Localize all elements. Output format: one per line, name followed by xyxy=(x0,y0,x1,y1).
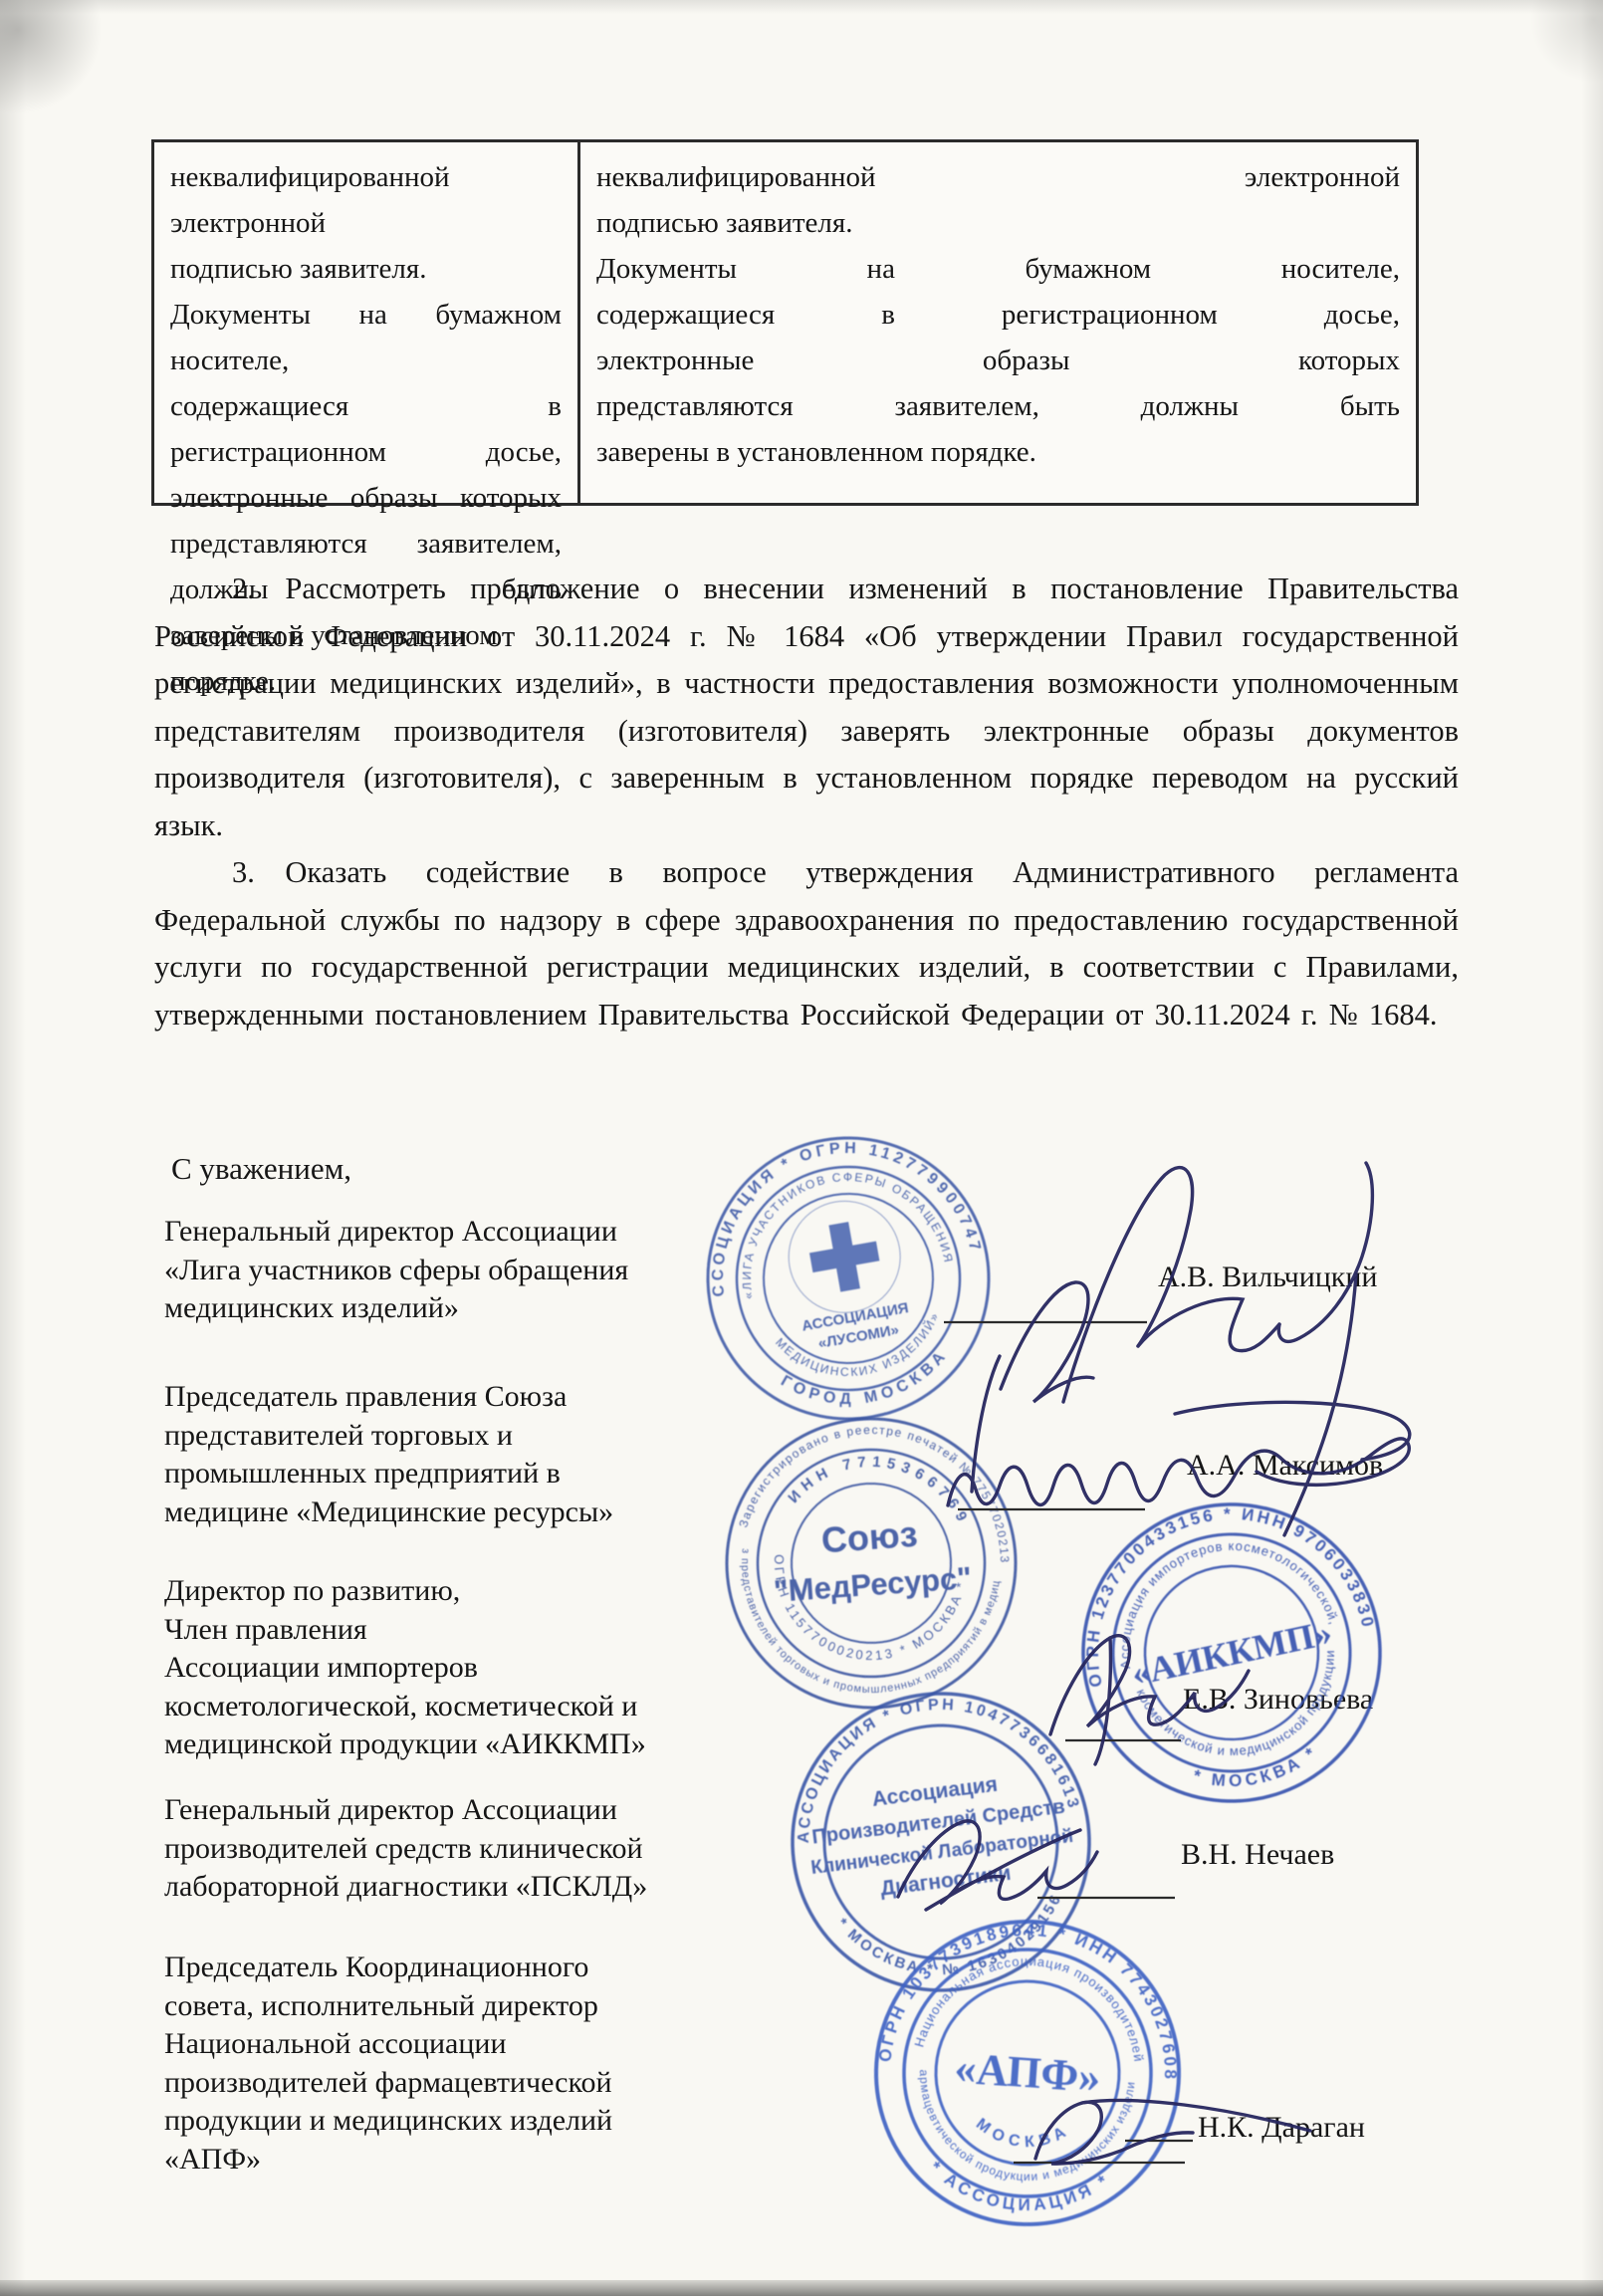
stamp-ring-text: ГОРОД МОСКВА xyxy=(776,1344,958,1422)
signatory-name-4: В.Н. Нечаев xyxy=(1181,1838,1334,1872)
stamp-center-text: Клинической Лабораторной xyxy=(809,1826,1074,1879)
stamp-ring-text: * МОСКВА * № 16304029156 xyxy=(832,1889,1073,1992)
stamp-aikkmp: ОГРН 1237700433156 * ИНН 9706033830 * МО… xyxy=(1020,1441,1445,1866)
table-cell-line: заверены в установленном порядке. xyxy=(596,429,1400,475)
svg-text:ОГРН 1037739189641 * ИНН 774: ОГРН 1037739189641 * ИНН 7743027608 xyxy=(875,1911,1190,2084)
svg-text:АССОЦИАЦИЯ * ОГРН 1127799007: АССОЦИАЦИЯ * ОГРН 1127799007478 xyxy=(688,1118,986,1306)
svg-text:Ассоциация импортеров косметол: Ассоциация импортеров косметологической, xyxy=(1096,1517,1342,1672)
svg-text:МОСКВА: МОСКВА xyxy=(972,2115,1075,2155)
stamp-apf: ОГРН 1037739189641 * ИНН 7743027608 * АС… xyxy=(836,1882,1219,2264)
svg-text:ОГРН 1237700433156 * ИНН 970: ОГРН 1237700433156 * ИНН 9706033830 xyxy=(1055,1477,1378,1689)
svg-text:«ЛИГА УЧАСТНИКОВ СФЕРЫ ОБРАЩЕН: «ЛИГА УЧАСТНИКОВ СФЕРЫ ОБРАЩЕНИЯ xyxy=(723,1153,956,1301)
svg-text:* МОСКВА * № 16304029156: * МОСКВА * № 16304029156 xyxy=(832,1889,1073,1992)
svg-text:* АССОЦИАЦИЯ *: * АССОЦИАЦИЯ * xyxy=(924,2157,1116,2220)
stamp-ring-text: АССОЦИАЦИЯ * ОГРН 1127799007478 xyxy=(688,1118,986,1306)
stamp-center-text: Производителей Средств xyxy=(810,1796,1066,1849)
signatory-title-5: Председатель Координационного совета, ис… xyxy=(164,1949,732,2179)
svg-text:* МОСКВА *: * МОСКВА * xyxy=(1188,1739,1326,1801)
signatory-name-1: А.В. Вильчицкий xyxy=(1158,1261,1378,1294)
signature-lines xyxy=(944,1322,1193,2163)
stamp-center-text: «АПФ» xyxy=(953,2043,1102,2102)
table-cell-line: Документы на бумажном носителе, xyxy=(170,292,562,383)
signatory-title-3: Директор по развитию, Член правления Асс… xyxy=(164,1572,732,1764)
stamp-ring-text: * МОСКВА * xyxy=(1188,1739,1326,1801)
table-cell-line: электронные образы которых xyxy=(170,475,562,521)
svg-text:фармацевтической продукции и м: фармацевтической продукции и медицинских… xyxy=(910,2054,1139,2190)
stamp-ring-text: Зарегистрировано в реестре печатей № 775… xyxy=(736,1405,1029,1566)
table-cell-line: неквалифицированной электронной xyxy=(170,154,562,246)
stamp-ring-text: * АССОЦИАЦИЯ * xyxy=(924,2157,1116,2220)
stamp-ring-text: МЕДИЦИНСКИХ ИЗДЕЛИЙ» xyxy=(772,1307,951,1392)
stamp-ring-text: фармацевтической продукции и медицинских… xyxy=(910,2054,1139,2190)
table-cell-line: представляются заявителем, должны быть xyxy=(596,383,1400,429)
svg-text:АССОЦИАЦИЯ * ОГРН 1047736681: АССОЦИАЦИЯ * ОГРН 1047736681613 xyxy=(780,1680,1082,1845)
stamp-center-text: Союз xyxy=(820,1513,919,1561)
svg-text:Союз представителей торговых и: Союз представителей торговых и промышлен… xyxy=(722,1536,1004,1714)
table-cell-line: содержащиеся в регистрационном досье, xyxy=(170,383,562,475)
signatory-title-1: Генеральный директор Ассоциации «Лига уч… xyxy=(164,1213,732,1328)
signatory-name-2: А.А. Максимов xyxy=(1187,1449,1383,1483)
stamp-center-text: Ассоциация xyxy=(871,1773,1000,1811)
body-paragraphs: 2. Рассмотреть предложение о внесении из… xyxy=(154,566,1459,1038)
signatory-name-5: Н.К. Дараган xyxy=(1198,2111,1365,2145)
stamp-ring-text: Союз представителей торговых и промышлен… xyxy=(722,1536,1004,1714)
table-cell-line: электронные образы которых xyxy=(596,338,1400,383)
svg-text:ОГРН 1157700020213 * МОСКВА: ОГРН 1157700020213 * МОСКВА * xyxy=(759,1552,970,1676)
stamp-ring-text: «ЛИГА УЧАСТНИКОВ СФЕРЫ ОБРАЩЕНИЯ xyxy=(723,1153,956,1301)
stamp-ring-text: Ассоциация импортеров косметологической, xyxy=(1096,1517,1342,1672)
signature-nechaev xyxy=(898,1821,1097,1910)
signature-maksimov xyxy=(948,1356,1410,1505)
table-cell-line: Документы на бумажном носителе, xyxy=(596,246,1400,292)
stamp-ring-text: МОСКВА xyxy=(972,2115,1075,2155)
svg-text:Национальная ассоциация произв: Национальная ассоциация производителей xyxy=(911,1946,1153,2064)
svg-text:ИНН 7715366769: ИНН 7715366769 xyxy=(784,1442,981,1531)
paragraph-2: 2. Рассмотреть предложение о внесении из… xyxy=(154,566,1459,849)
stamp-ring-text: ОГРН 1037739189641 * ИНН 7743027608 xyxy=(875,1911,1190,2084)
stamp-center-text: «ЛУСОМИ» xyxy=(817,1321,901,1352)
medical-cross-icon xyxy=(805,1218,884,1296)
closing-salutation: С уважением, xyxy=(171,1151,351,1187)
table-cell-line: подписью заявителя. xyxy=(170,246,562,292)
comparison-table: неквалифицированной электронной подписью… xyxy=(151,139,1419,506)
stamp-center-text: АССОЦИАЦИЯ xyxy=(801,1299,910,1335)
svg-text:ГОРОД МОСКВА: ГОРОД МОСКВА xyxy=(776,1344,958,1422)
stamp-ring-text: АССОЦИАЦИЯ * ОГРН 1047736681613 xyxy=(780,1680,1082,1845)
table-cell-left: неквалифицированной электронной подписью… xyxy=(154,142,580,503)
table-cell-line: содержащиеся в регистрационном досье, xyxy=(596,292,1400,338)
stamp-ring-text: ИНН 7715366769 xyxy=(784,1442,981,1531)
stamp-center-text: "МедРесурс" xyxy=(773,1560,973,1609)
paragraph-3: 3. Оказать содействие в вопросе утвержде… xyxy=(154,849,1459,1038)
table-cell-right: неквалифицированной электронной подписью… xyxy=(580,142,1416,503)
table-cell-line: неквалифицированной электронной xyxy=(596,154,1400,200)
stamp-ring-text: Национальная ассоциация производителей xyxy=(911,1946,1153,2064)
svg-text:МЕДИЦИНСКИХ ИЗДЕЛИЙ»: МЕДИЦИНСКИХ ИЗДЕЛИЙ» xyxy=(772,1307,951,1392)
signatory-title-4: Генеральный директор Ассоциации производ… xyxy=(164,1791,732,1907)
stamp-ring-text: ОГРН 1157700020213 * МОСКВА * xyxy=(759,1552,970,1676)
scanned-letter-page: неквалифицированной электронной подписью… xyxy=(0,0,1603,2296)
scan-bottom-edge xyxy=(0,2280,1603,2296)
table-cell-line: подписью заявителя. xyxy=(596,200,1400,246)
stamp-pskld: АССОЦИАЦИЯ * ОГРН 1047736681613 * МОСКВА… xyxy=(741,1642,1140,2041)
stamp-center-text: «АИККМП» xyxy=(1128,1612,1335,1694)
signatory-title-2: Председатель правления Союза представите… xyxy=(164,1378,732,1531)
svg-text:Зарегистрировано в реестре печ: Зарегистрировано в реестре печатей № 775… xyxy=(736,1405,1029,1566)
stamp-center-text: Диагностики xyxy=(879,1862,1013,1901)
signatory-name-3: Е.В. Зиновьева xyxy=(1183,1683,1373,1717)
stamp-ring-text: ОГРН 1237700433156 * ИНН 9706033830 xyxy=(1055,1477,1378,1689)
